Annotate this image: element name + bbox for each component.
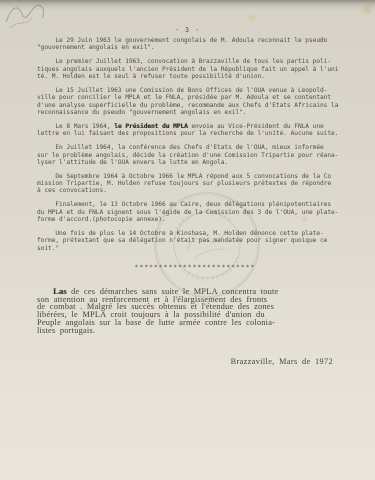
- paragraph: De Septembre 1964 à Octobre 1966 le MPLA…: [37, 173, 353, 195]
- text-segment: Le 8 Mars 1964,: [37, 123, 114, 130]
- paragraph: Le 29 Juin 1963 le gouvernement congolai…: [37, 37, 353, 52]
- text-segment-bold: le Président du MPLA: [114, 123, 188, 130]
- text-line: ville pour concilier le MPLA et le FNLA,…: [37, 94, 353, 101]
- text-line: Finalement, le 13 Octobre 1966 au Caire,…: [37, 201, 353, 208]
- asterisk-separator: *************************: [37, 264, 353, 271]
- text-line: forme, prétextant que sa délégation n'ét…: [37, 237, 353, 244]
- text-line: du MPLA et du FNLA signent sous l'égide …: [37, 209, 353, 216]
- text-line: tiques angolais auxquels l'ancien Présid…: [37, 66, 353, 73]
- text-line: soit.": [37, 245, 353, 252]
- paragraph: En Juillet 1964, la conférence des Chefs…: [37, 144, 353, 166]
- dateline: Brazzaville, Mars de 1972: [37, 357, 353, 366]
- paragraph: Le 15 Juillet 1963 une Comission de Bons…: [37, 87, 353, 116]
- page-number: - 3 -: [0, 26, 375, 34]
- text-line: forme d'accord.(photocopie annexe).: [37, 216, 353, 223]
- scanned-document-page: - 3 - Le 29 Juin 1963 le gouvernement co…: [0, 0, 375, 480]
- text-line: sur le problème angolais, décide la créa…: [37, 152, 353, 159]
- closing-paragraph: Las de ces démarches sans suite le MPLA …: [37, 288, 353, 334]
- paper-stain: [246, 13, 258, 22]
- document-body: Le 29 Juin 1963 le gouvernement congolai…: [37, 37, 353, 366]
- text-line: té. M. Holden est le seul à refuser tout…: [37, 73, 353, 80]
- text-segment: envoie au Vice-Président du FNLA une: [188, 123, 324, 130]
- paper-stain: [360, 4, 374, 16]
- text-line: d'une analyse superficielle du problème,…: [37, 102, 353, 109]
- paragraph: Le premier Juillet 1963, convocation à B…: [37, 58, 353, 80]
- text-line: reconnaissance du pseudo "gouvernement a…: [37, 109, 353, 116]
- scan-edge-shadow: [0, 0, 375, 10]
- text-line: lettre en lui faisant des propositions p…: [37, 130, 353, 137]
- text-line: "gouvernement angolais en exil".: [37, 44, 353, 51]
- text-line: listes portugais.: [37, 327, 353, 335]
- text-line: lyser l'attitude de l'OUA envers la lutt…: [37, 159, 353, 166]
- paragraph: Finalement, le 13 Octobre 1966 au Caire,…: [37, 201, 353, 223]
- text-line: Le premier Juillet 1963, convocation à B…: [37, 58, 353, 65]
- text-line: Le 29 Juin 1963 le gouvernement congolai…: [37, 37, 353, 44]
- paragraph: Une fois de plus le 14 Octobre à Kinshas…: [37, 230, 353, 252]
- paragraph: Le 8 Mars 1964, le Président du MPLA env…: [37, 123, 353, 138]
- text-line: En Juillet 1964, la conférence des Chefs…: [37, 144, 353, 151]
- text-line: à ces convocations.: [37, 187, 353, 194]
